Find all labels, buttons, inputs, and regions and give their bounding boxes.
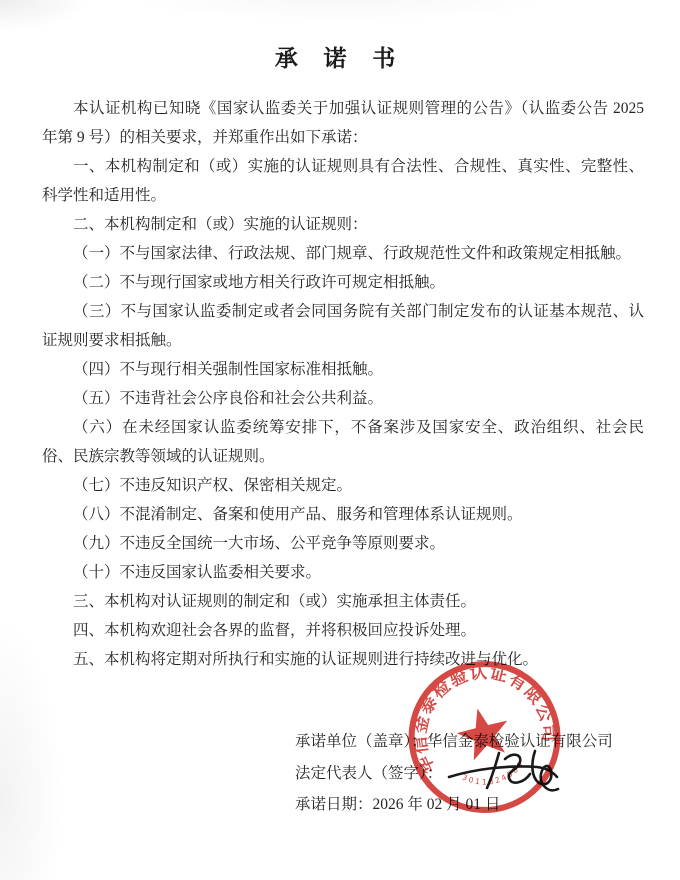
- clause-5: 五、本机构将定期对所执行和实施的认证规则进行持续改进与优化。: [42, 645, 644, 674]
- clause-2-item-4: （四）不与现行相关强制性国家标准相抵触。: [42, 355, 644, 384]
- clause-2-item-1: （一）不与国家法律、行政法规、部门规章、行政规范性文件和政策规定相抵触。: [42, 239, 644, 268]
- clause-2-item-6: （六）在未经国家认监委统筹安排下，不备案涉及国家安全、政治组织、社会民俗、民族宗…: [42, 413, 644, 471]
- intro-paragraph: 本认证机构已知晓《国家认监委关于加强认证规则管理的公告》（认监委公告 2025 …: [42, 94, 644, 152]
- clause-2-item-3: （三）不与国家认监委制定或者会同国务院有关部门制定发布的认证基本规范、认证规则要…: [42, 297, 644, 355]
- clause-3: 三、本机构对认证规则的制定和（或）实施承担主体责任。: [42, 587, 644, 616]
- clause-1: 一、本机构制定和（或）实施的认证规则具有合法性、合规性、真实性、完整性、科学性和…: [42, 152, 644, 210]
- document-body: 本认证机构已知晓《国家认监委关于加强认证规则管理的公告》（认监委公告 2025 …: [42, 94, 644, 674]
- clause-2-item-5: （五）不违背社会公序良俗和社会公共利益。: [42, 384, 644, 413]
- clause-2-item-10: （十）不违反国家认监委相关要求。: [42, 558, 644, 587]
- clause-2-item-9: （九）不违反全国统一大市场、公平竞争等原则要求。: [42, 529, 644, 558]
- clause-2-item-8: （八）不混淆制定、备案和使用产品、服务和管理体系认证规则。: [42, 500, 644, 529]
- seal-star-icon: [452, 702, 514, 763]
- document-title: 承 诺 书: [0, 44, 680, 74]
- clause-4: 四、本机构欢迎社会各界的监督，并将积极回应投诉处理。: [42, 616, 644, 645]
- clause-2: 二、本机构制定和（或）实施的认证规则：: [42, 210, 644, 239]
- clause-2-item-2: （二）不与现行国家或地方相关行政许可规定相抵触。: [42, 268, 644, 297]
- clause-2-item-7: （七）不违反知识产权、保密相关规定。: [42, 471, 644, 500]
- document-page: 承 诺 书 本认证机构已知晓《国家认监委关于加强认证规则管理的公告》（认监委公告…: [0, 0, 680, 880]
- date-label: 承诺日期：: [295, 796, 373, 813]
